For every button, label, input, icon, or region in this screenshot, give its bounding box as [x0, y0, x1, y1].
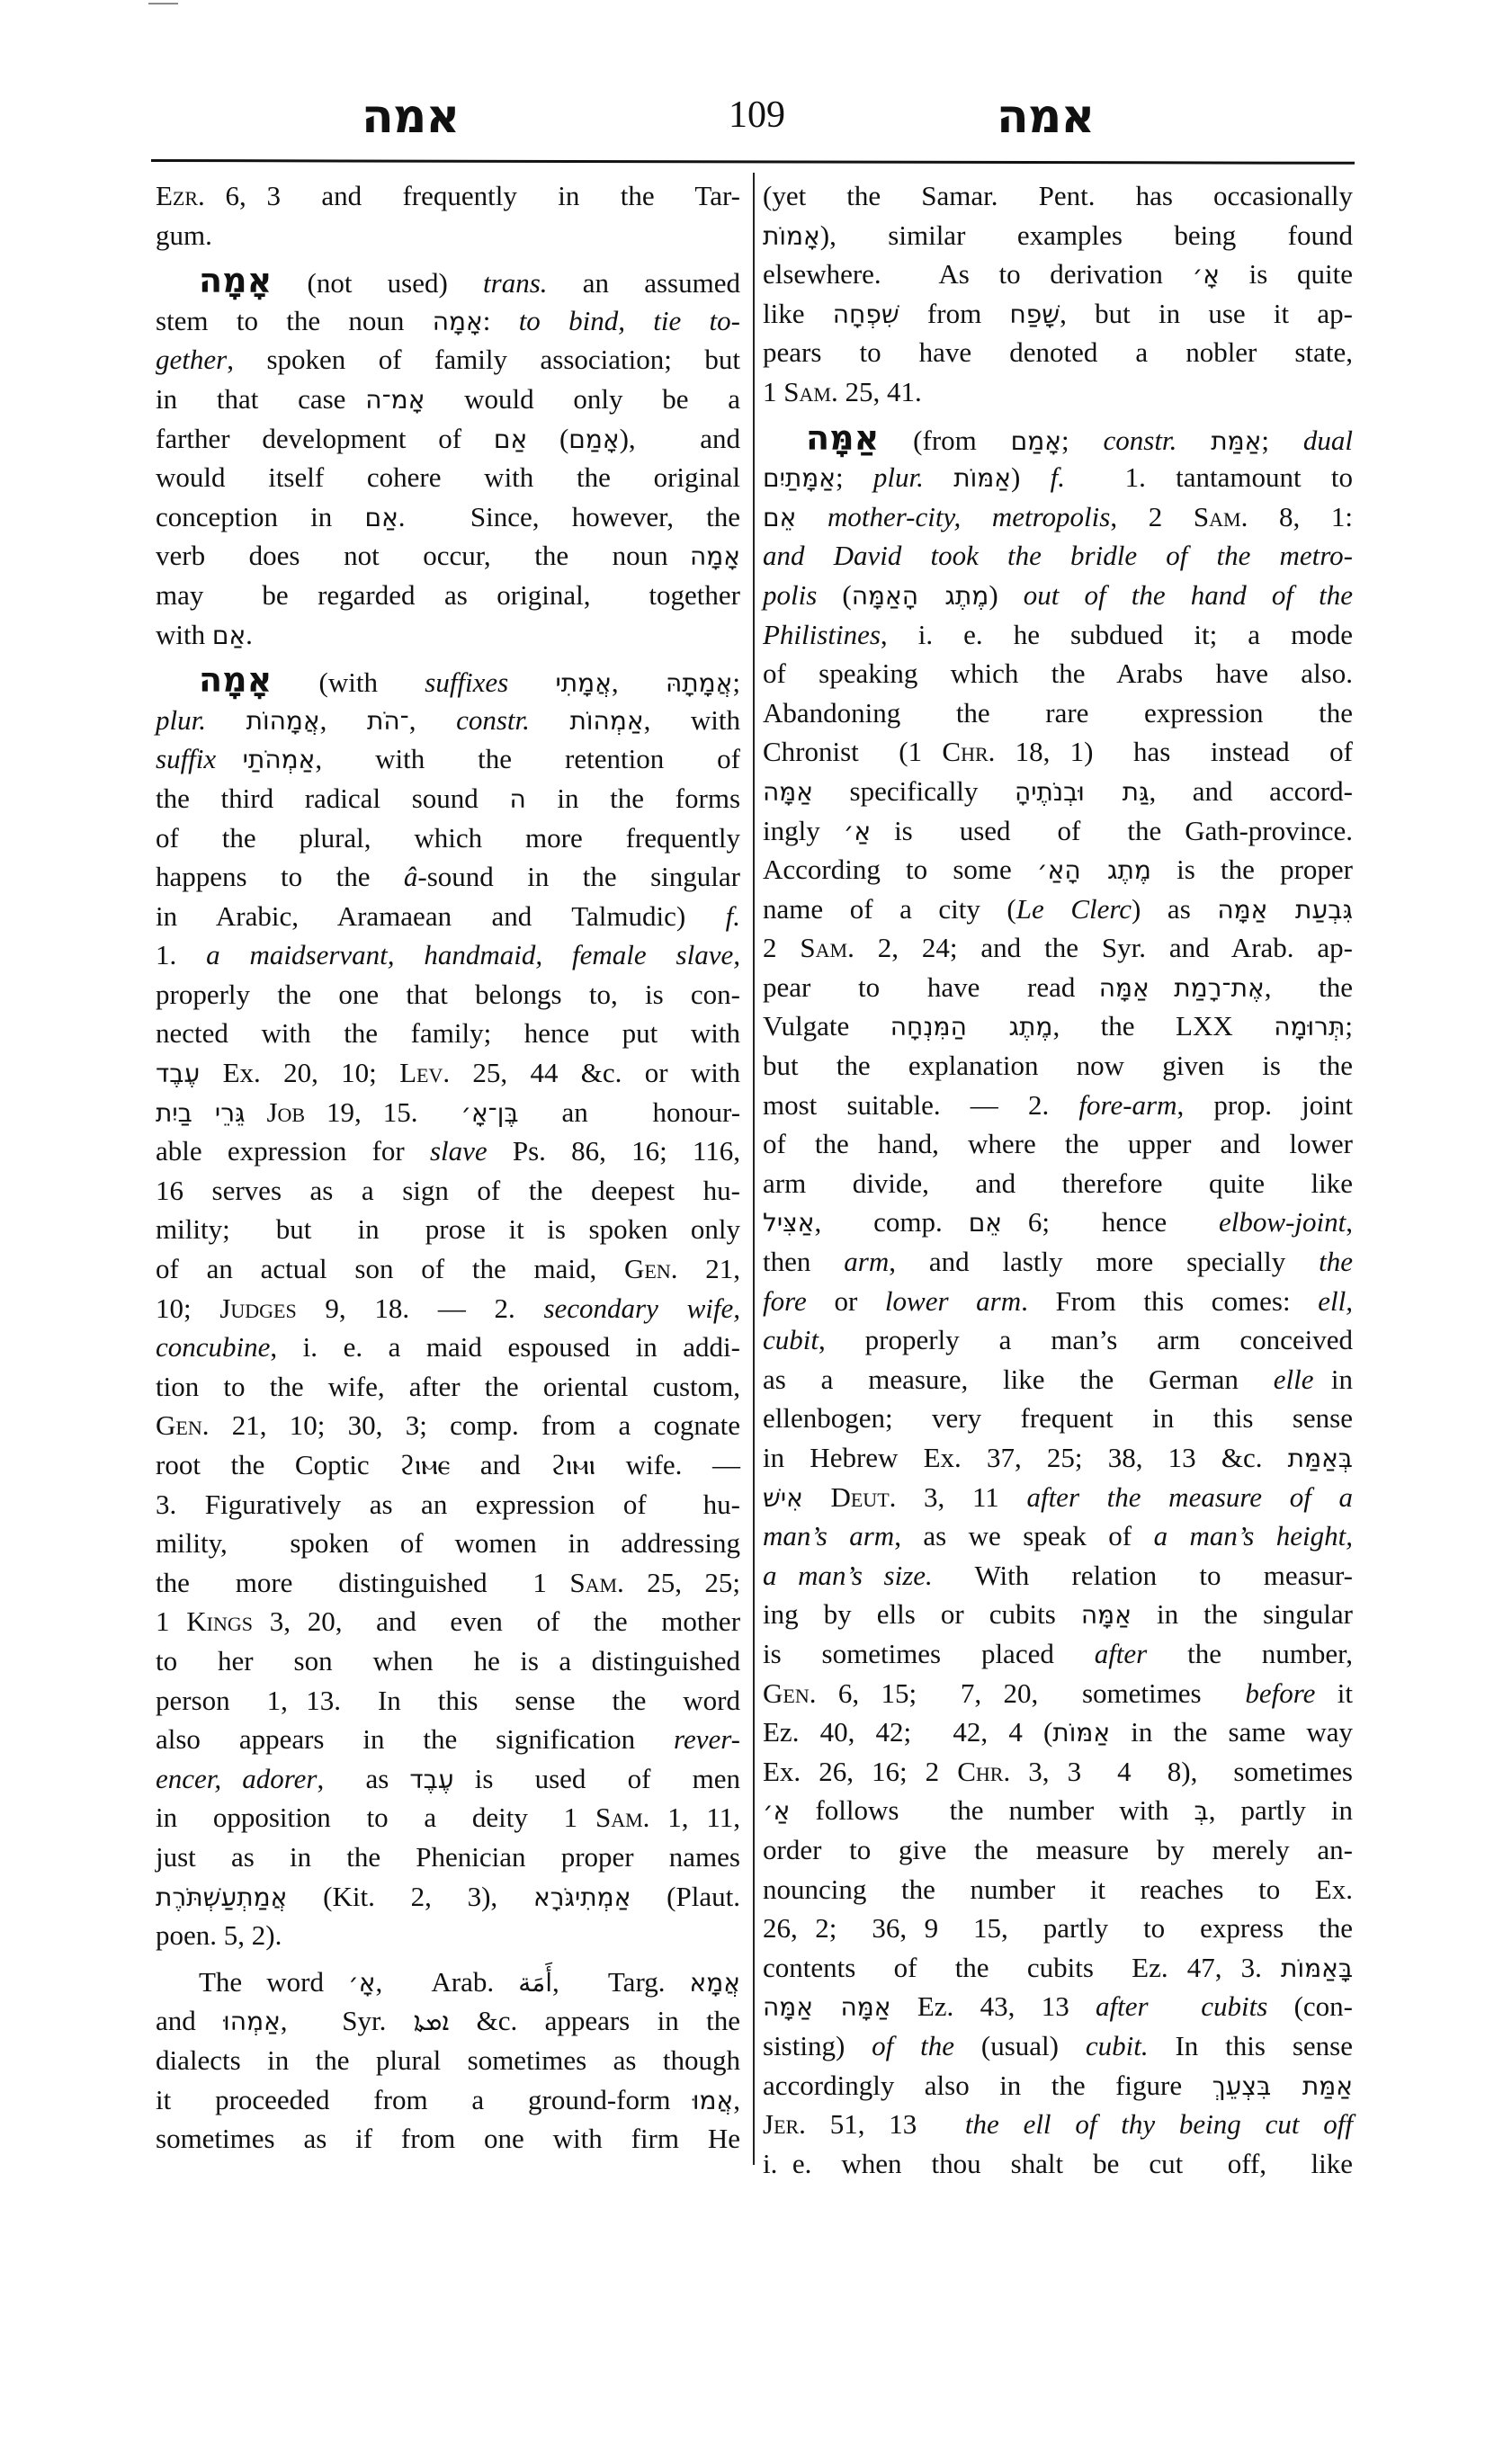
text-run: , partly in: [1209, 1794, 1353, 1826]
text-run: Sam.: [1194, 501, 1248, 532]
text-run: follows the number with: [790, 1794, 1194, 1826]
hebrew-term: אָ׳: [348, 1968, 375, 1998]
text-line: ellenbogen; very frequent in this sense: [763, 1399, 1353, 1438]
text-run: in that case: [156, 383, 365, 415]
text-run: Vulgate: [763, 1010, 890, 1042]
hebrew-term: אַמָּה: [763, 777, 813, 807]
text-run: ;: [732, 666, 740, 698]
text-run: secondary wife,: [543, 1292, 740, 1324]
text-run: , the LXX: [1052, 1010, 1274, 1042]
text-run: is the proper: [1151, 854, 1353, 885]
text-run: , as we speak of: [894, 1520, 1153, 1551]
running-head: אמה 109 אמה: [153, 90, 1354, 153]
text-run: , but in use it ap-: [1060, 298, 1353, 329]
text-line: אֲמַתְעַשְׁתֹּרֶת (Kit. 2, 3), אַמְתִיגֹ…: [156, 1877, 740, 1917]
text-run: 3, 11: [896, 1481, 1026, 1513]
text-run: before: [1245, 1677, 1315, 1709]
text-run: Ps. 86, 16; 116,: [488, 1135, 740, 1167]
text-run: nouncing the number it reaches to Ex.: [763, 1873, 1353, 1905]
text-run: , Targ.: [552, 1966, 690, 1998]
text-line: Ex. 26, 16; 2 Chr. 3, 3 4 8), sometimes: [763, 1752, 1353, 1792]
page-number: 109: [729, 94, 785, 137]
text-run: Deut.: [830, 1481, 896, 1513]
text-line: name of a city (Le Clerc) as גִּבְעַת אַ…: [763, 890, 1353, 929]
text-run: sometimes as if from one with firm He: [156, 2123, 740, 2154]
hebrew-term: אִישׁ: [763, 1483, 803, 1513]
text-line: i. e. when thou shalt be cut off, like: [763, 2144, 1353, 2184]
text-run: ellenbogen; very frequent in this sense: [763, 1402, 1353, 1434]
text-run: Ezr.: [156, 180, 205, 211]
text-run: happens to the: [156, 861, 404, 892]
text-run: dual: [1303, 425, 1353, 456]
hebrew-term: אָ׳: [1193, 260, 1220, 290]
text-run: then: [763, 1246, 844, 1277]
text-run: [206, 704, 246, 736]
text-run: ;: [836, 461, 873, 493]
text-run: [508, 666, 555, 698]
text-run: just as in the Phenician proper names: [156, 1841, 740, 1873]
text-line: to her son when he is a distinguished: [156, 1641, 740, 1681]
text-run: (yet the Samar. Pent. has occasionally: [763, 180, 1353, 211]
text-line: mility; but in prose it is spoken only: [156, 1210, 740, 1249]
hebrew-term: אָמָה: [433, 307, 483, 336]
text-run: in: [1313, 1364, 1353, 1395]
hebrew-term: אֶת־רָמַת אַמָּה: [1099, 973, 1265, 1003]
text-run: and: [156, 2005, 223, 2036]
text-line: Abandoning the rare expression the: [763, 693, 1353, 733]
text-line: root the Coptic ϩⲓⲙⲉ and ϩⲓⲙⲓ wife. —: [156, 1445, 740, 1485]
hebrew-term: אַמַּת בִּצְעֵךְ: [1212, 2071, 1353, 2101]
text-run: 2: [763, 932, 800, 963]
text-run: (: [817, 579, 851, 611]
hebrew-term: אַמְהוּ: [223, 2007, 281, 2036]
text-run: nected with the family; hence put with: [156, 1017, 740, 1049]
text-run: Sam.: [569, 1567, 623, 1598]
text-line: Ezr. 6, 3 and frequently in the Tar-: [156, 176, 740, 216]
text-run: ,: [733, 2084, 740, 2115]
text-run: from: [899, 298, 1010, 329]
text-line: אֵם mother-city, metropolis, 2 Sam. 8, 1…: [763, 497, 1353, 537]
text-run: Sam.: [783, 376, 837, 407]
text-run: 51, 13: [806, 2108, 965, 2140]
text-line: אָמָה (with suffixes אֲמָתִי, אֲמָתָהּ;: [156, 661, 740, 701]
text-run: mility, spoken of women in addressing: [156, 1527, 740, 1559]
text-line: גֵּרֵי בַיִת Job 19, 15. בֶּן־אָ׳ an hon…: [156, 1093, 740, 1132]
text-run: of speaking which the Arabs have also.: [763, 657, 1353, 689]
text-run: after cubits: [1096, 1990, 1267, 2022]
text-run: ;: [1061, 425, 1104, 456]
hebrew-term: גִּבְעַת אַמָּה: [1217, 895, 1353, 925]
text-run: man’s arm: [763, 1520, 894, 1551]
text-run: verb does not occur, the noun: [156, 540, 690, 571]
text-line: a man’s size. With relation to measur-: [763, 1556, 1353, 1596]
text-run: â: [404, 861, 418, 892]
text-run: ingly: [763, 815, 844, 846]
text-run: ,: [409, 704, 456, 736]
text-run: f.: [726, 900, 740, 932]
text-line: אַ׳ follows the number with בְּ, partly …: [763, 1791, 1353, 1830]
text-run: fore: [763, 1285, 807, 1317]
text-run: Gen.: [156, 1409, 209, 1441]
text-line: able expression for slave Ps. 86, 16; 11…: [156, 1131, 740, 1171]
text-run: 6, 3 and frequently in the Tar-: [205, 180, 740, 211]
text-line: The word אָ׳, Arab. أَمَة, Targ. אֲמָא: [156, 1963, 740, 2002]
text-line: אַמָּתַיִם; plur. אַמּוֹת) f. 1. tantamo…: [763, 458, 1353, 497]
text-run: elbow-joint: [1219, 1206, 1346, 1238]
text-run: ell,: [1318, 1285, 1353, 1317]
text-run: of the hand, where the upper and lower: [763, 1128, 1353, 1159]
running-head-right-word: אמה: [997, 90, 1094, 144]
text-run: The word: [199, 1966, 348, 1998]
text-line: encer, adorer, as עֶבֶד is used of men: [156, 1759, 740, 1799]
text-line: 2 Sam. 2, 24; and the Syr. and Arab. ap-: [763, 928, 1353, 968]
text-run: slave: [430, 1135, 488, 1167]
text-line: nouncing the number it reaches to Ex.: [763, 1870, 1353, 1909]
text-line: Gen. 21, 10; 30, 3; comp. from a cognate: [156, 1406, 740, 1445]
text-run: Le Clerc: [1016, 893, 1132, 925]
text-run: , and lastly more specially: [889, 1246, 1319, 1277]
text-run: sisting): [763, 2030, 872, 2061]
text-run: (not used): [272, 267, 483, 299]
text-run: most suitable. — 2.: [763, 1089, 1078, 1121]
text-run: (from: [879, 425, 1010, 456]
text-line: 1 Sam. 25, 41.: [763, 372, 1353, 412]
text-run: Abandoning the rare expression the: [763, 697, 1353, 729]
hebrew-term: עֶבֶד: [409, 1765, 453, 1794]
text-line: tion to the wife, after the oriental cus…: [156, 1367, 740, 1407]
text-line: According to some מֶתֶג הָאַ׳ is the pro…: [763, 850, 1353, 890]
text-run: elle: [1274, 1364, 1314, 1395]
hebrew-term: ה: [509, 784, 525, 814]
hebrew-term: אַצִּיל: [763, 1208, 815, 1238]
running-head-left-word: אמה: [362, 90, 459, 144]
text-run: Judges: [219, 1292, 296, 1324]
text-line: in Arabic, Aramaean and Talmudic) f.: [156, 897, 740, 936]
text-run: suffixes: [425, 666, 508, 698]
text-line: man’s arm, as we speak of a man’s height…: [763, 1516, 1353, 1556]
hebrew-term: אָמָה: [199, 261, 272, 300]
text-run: 1. tantamount to: [1065, 461, 1353, 493]
text-run: the: [1319, 1246, 1353, 1277]
text-run: , comp.: [815, 1206, 969, 1238]
hebrew-term: אֵם: [763, 503, 796, 532]
text-run: , with the retention of: [315, 743, 740, 774]
hebrew-term: אַמְתִיגֹּרָא: [533, 1882, 631, 1912]
text-run: ): [1011, 461, 1051, 493]
hebrew-term: בֶּן־אָ׳: [461, 1098, 518, 1128]
hebrew-term: תְּרוּמָה: [1274, 1012, 1345, 1042]
hebrew-term: אַ׳: [844, 817, 871, 846]
hebrew-term: גַּת וּבְנֹתֶיהָ: [1015, 777, 1150, 807]
text-run: Lev.: [399, 1057, 450, 1088]
text-run: . Since, however, the: [398, 501, 740, 532]
hebrew-term: אַם: [494, 425, 527, 454]
text-run: an honour-: [519, 1096, 740, 1128]
text-run: Chr.: [957, 1756, 1010, 1787]
text-line: 1. a maidservant, handmaid, female slave…: [156, 935, 740, 975]
text-line: polis (מֶתֶג הָאַמָּה) out of the hand o…: [763, 576, 1353, 615]
text-run: mother-city, metropolis: [828, 501, 1110, 532]
text-run: Sam.: [800, 932, 854, 963]
text-run: (Plaut.: [631, 1881, 740, 1912]
hebrew-term: אָמוֹת: [763, 221, 820, 251]
left-column: Ezr. 6, 3 and frequently in the Tar-gum.…: [156, 176, 740, 2159]
hebrew-term: אַמּוֹת: [953, 463, 1011, 493]
hebrew-term: ܐܡܬܐ: [414, 2007, 449, 2036]
paragraph-gap: [156, 1955, 740, 1963]
text-run: , 2: [1110, 501, 1194, 532]
text-run: to bind, tie to-: [519, 305, 740, 336]
text-run: to her son when he is a distinguished: [156, 1645, 740, 1677]
text-run: 26, 2; 36, 9 15, partly to express the: [763, 1912, 1353, 1944]
text-run: may be regarded as original, together: [156, 579, 740, 611]
text-line: the third radical sound ה in the forms: [156, 779, 740, 818]
text-run: in Hebrew Ex. 37, 25; 38, 13 &c.: [763, 1442, 1288, 1473]
hebrew-term: בָּאַמּוֹת: [1281, 1954, 1353, 1983]
text-run: [530, 704, 570, 736]
text-run: with: [156, 619, 212, 650]
text-run: lower arm: [885, 1285, 1021, 1317]
text-run: conception in: [156, 501, 364, 532]
text-run: 21,: [677, 1253, 740, 1284]
text-run: the ell of thy being cut off: [965, 2108, 1353, 2140]
text-run: Kings: [186, 1605, 253, 1637]
text-line: sisting) of the (usual) cubit. In this s…: [763, 2026, 1353, 2066]
hebrew-term: אַמְהוֹת: [570, 706, 644, 736]
text-line: conception in אַם. Since, however, the: [156, 497, 740, 537]
text-line: stem to the noun אָמָה: to bind, tie to-: [156, 301, 740, 341]
hebrew-term: אַמָּה: [806, 418, 879, 458]
text-line: order to give the measure by merely an-: [763, 1830, 1353, 1870]
text-line: in that case אָמ־ה would only be a: [156, 380, 740, 419]
text-run: :: [483, 305, 519, 336]
text-line: of an actual son of the maid, Gen. 21,: [156, 1249, 740, 1289]
text-run: [796, 501, 828, 532]
text-line: person 1, 13. In this sense the word: [156, 1681, 740, 1721]
right-column: (yet the Samar. Pent. has occasionallyאָ…: [763, 176, 1353, 2183]
text-run: gether: [156, 344, 227, 375]
hebrew-term: בְּאַמַּת: [1288, 1444, 1353, 1473]
text-run: 25, 44 &c. or with: [450, 1057, 740, 1088]
text-line: elsewhere. As to derivation אָ׳ is quite: [763, 255, 1353, 294]
text-run: is sometimes placed: [763, 1638, 1095, 1669]
hebrew-term: אַם: [212, 621, 246, 650]
text-run: the third radical sound: [156, 782, 509, 814]
text-run: ): [989, 579, 1023, 611]
text-run: like: [763, 298, 833, 329]
hebrew-term: אֵם: [969, 1208, 1002, 1238]
text-run: name of a city (: [763, 893, 1016, 925]
text-run: [1176, 425, 1211, 456]
hebrew-term: אָמַם: [1011, 426, 1061, 456]
text-line: also appears in the signification rever-: [156, 1720, 740, 1759]
text-run: 10;: [156, 1292, 219, 1324]
text-run: 16 serves as a sign of the deepest hu-: [156, 1175, 740, 1206]
text-run: Ex. 20, 10;: [200, 1057, 399, 1088]
text-line: Philistines, i. e. he subdued it; a mode: [763, 615, 1353, 655]
text-run: i. e. when thou shalt be cut off, like: [763, 2148, 1353, 2179]
text-run: Ez. 40, 42; 42, 4 (: [763, 1716, 1052, 1748]
hebrew-term: אֲמָתָהּ: [666, 668, 732, 698]
text-run: [924, 461, 953, 493]
text-run: farther development of: [156, 423, 494, 454]
text-line: 10; Judges 9, 18. — 2. secondary wife,: [156, 1289, 740, 1328]
text-run: able expression for: [156, 1135, 430, 1167]
text-line: gether, spoken of family association; bu…: [156, 340, 740, 380]
text-run: &c. appears in the: [449, 2005, 740, 2036]
text-line: farther development of אַם (אָמַם), and: [156, 419, 740, 459]
text-line: happens to the â-sound in the singular: [156, 857, 740, 897]
text-run: 25, 25;: [624, 1567, 740, 1598]
text-line: with אַם.: [156, 615, 740, 655]
text-run: , prop. joint: [1176, 1089, 1353, 1121]
text-run: accordingly also in the figure: [763, 2070, 1212, 2101]
text-run: 6, 15; 7, 20, sometimes: [816, 1677, 1245, 1709]
text-run: According to some: [763, 854, 1037, 885]
text-run: is used of men: [454, 1763, 740, 1794]
text-line: 3. Figuratively as an expression of hu-: [156, 1485, 740, 1525]
text-run: Sam.: [595, 1802, 649, 1833]
text-run: 25, 41.: [838, 376, 922, 407]
text-run: in the same way: [1110, 1716, 1353, 1748]
text-run: Gen.: [624, 1253, 677, 1284]
text-run: elsewhere. As to derivation: [763, 258, 1193, 290]
text-line: arm divide, and therefore quite like: [763, 1164, 1353, 1203]
text-run: (: [527, 423, 568, 454]
text-line: Vulgate מֶתֶג הַמִּנְחָה, the LXX תְּרוּ…: [763, 1006, 1353, 1046]
text-run: pear to have read: [763, 971, 1099, 1003]
text-line: pear to have read אֶת־רָמַת אַמָּה, the: [763, 968, 1353, 1007]
text-run: , Syr.: [281, 2005, 414, 2036]
text-run: 8, 1:: [1248, 501, 1353, 532]
hebrew-term: בְּ: [1194, 1796, 1209, 1826]
text-run: an assumed: [548, 267, 740, 299]
header-rule: [151, 159, 1355, 165]
text-run: out of the hand of the: [1024, 579, 1353, 611]
text-line: and David took the bridle of the metro-: [763, 536, 1353, 576]
text-run: 18, 1) has instead of: [995, 736, 1353, 767]
hebrew-term: מֶתֶג הַמִּנְחָה: [890, 1012, 1053, 1042]
text-run: , as: [318, 1763, 410, 1794]
text-run: poen. 5, 2).: [156, 1919, 282, 1951]
hebrew-term: ־הֹת: [367, 706, 409, 736]
text-run: root the Coptic ϩⲓⲙⲉ and ϩⲓⲙⲓ wife. —: [156, 1449, 740, 1480]
text-run: Ez. 43, 13: [891, 1990, 1096, 2022]
text-line: then arm, and lastly more specially the: [763, 1242, 1353, 1282]
text-line: (yet the Samar. Pent. has occasionally: [763, 176, 1353, 216]
hebrew-term: אֲמָהוֹת: [246, 706, 320, 736]
text-line: 1 Kings 3, 20, and even of the mother: [156, 1602, 740, 1641]
text-run: trans.: [483, 267, 548, 299]
text-run: is used of the Gath-province.: [871, 815, 1353, 846]
text-line: pears to have denoted a nobler state,: [763, 333, 1353, 372]
text-line: in opposition to a deity 1 Sam. 1, 11,: [156, 1798, 740, 1837]
text-line: fore or lower arm. From this comes: ell,: [763, 1282, 1353, 1321]
text-run: of an actual son of the maid,: [156, 1253, 624, 1284]
text-run: 3, 20, and even of the mother: [253, 1605, 740, 1637]
hebrew-term: אַם: [364, 503, 398, 532]
text-line: 16 serves as a sign of the deepest hu-: [156, 1171, 740, 1211]
hebrew-term: שָׁפַח: [1009, 300, 1060, 329]
text-run: 6; hence: [1002, 1206, 1219, 1238]
text-line: of the hand, where the upper and lower: [763, 1124, 1353, 1164]
text-run: .: [246, 619, 253, 650]
text-run: , and accord-: [1150, 775, 1353, 807]
text-run: (Kit. 2, 3),: [287, 1881, 533, 1912]
text-run: Philistines: [763, 619, 881, 650]
text-run: plur.: [873, 461, 924, 493]
text-run: specifically: [813, 775, 1015, 807]
text-run: gum.: [156, 219, 212, 251]
text-line: plur. אֲמָהוֹת, ־הֹת, constr. אַמְהוֹת, …: [156, 701, 740, 740]
text-run: is quite: [1220, 258, 1353, 290]
text-run: , with: [644, 704, 740, 736]
text-run: cubit.: [1086, 2030, 1149, 2061]
text-run: a man’s size.: [763, 1560, 933, 1591]
text-line: אַצִּיל, comp. אֵם 6; hence elbow-joint,: [763, 1203, 1353, 1242]
text-run: contents of the cubits Ez. 47, 3.: [763, 1952, 1281, 1983]
text-line: אַמָּה (from אָמַם; constr. אַמַּת; dual: [763, 419, 1353, 459]
text-run: 1: [763, 376, 783, 407]
text-run: a maidservant, handmaid, female slave,: [206, 939, 740, 970]
text-line: of speaking which the Arabs have also.: [763, 654, 1353, 693]
text-run: ,: [320, 704, 367, 736]
hebrew-term: אַמַּת: [1211, 426, 1261, 456]
text-line: concubine, i. e. a maid espoused in addi…: [156, 1328, 740, 1367]
text-run: in Arabic, Aramaean and Talmudic): [156, 900, 726, 932]
text-run: f.: [1051, 461, 1065, 493]
text-run: ) as: [1132, 893, 1217, 925]
text-run: 1, 11,: [649, 1802, 740, 1833]
hebrew-term: מֶתֶג הָאַ׳: [1037, 855, 1151, 885]
text-line: just as in the Phenician proper names: [156, 1837, 740, 1877]
text-line: accordingly also in the figure אַמַּת בִ…: [763, 2066, 1353, 2106]
text-run: [803, 1481, 831, 1513]
text-run: Job: [266, 1096, 305, 1128]
hebrew-term: אַמָּה אַמָּה: [763, 1992, 891, 2022]
text-run: -sound in the singular: [417, 861, 740, 892]
text-line: אַמָּה אַמָּה Ez. 43, 13 after cubits (c…: [763, 1987, 1353, 2026]
text-line: dialects in the plural sometimes as thou…: [156, 2041, 740, 2080]
text-run: 3. Figuratively as an expression of hu-: [156, 1489, 740, 1520]
text-line: cubit, properly a man’s arm conceived: [763, 1320, 1353, 1360]
text-line: properly the one that belongs to, is con…: [156, 975, 740, 1015]
text-run: properly the one that belongs to, is con…: [156, 979, 740, 1010]
text-line: like שִׁפְחָה from שָׁפַח, but in use it…: [763, 294, 1353, 334]
hebrew-term: אֲמָא: [690, 1968, 740, 1998]
text-run: 2, 24; and the Syr. and Arab. ap-: [854, 932, 1353, 963]
text-run: , Arab.: [375, 1966, 518, 1998]
text-run: (with: [272, 666, 425, 698]
text-line: of the plural, which more frequently: [156, 818, 740, 858]
text-run: order to give the measure by merely an-: [763, 1834, 1353, 1865]
text-run: as a measure, like the German: [763, 1364, 1274, 1395]
scan-artifact-mark: [148, 3, 178, 4]
text-line: עֶבֶד Ex. 20, 10; Lev. 25, 44 &c. or wit…: [156, 1053, 740, 1093]
text-run: after: [1095, 1638, 1148, 1669]
text-line: Gen. 6, 15; 7, 20, sometimes before it: [763, 1674, 1353, 1713]
text-line: gum.: [156, 216, 740, 255]
text-run: the more distinguished 1: [156, 1567, 569, 1598]
text-line: sometimes as if from one with firm He: [156, 2119, 740, 2159]
text-run: rever-: [674, 1723, 740, 1755]
text-run: With relation to measur-: [933, 1560, 1353, 1591]
text-line: may be regarded as original, together: [156, 576, 740, 615]
text-line: nected with the family; hence put with: [156, 1014, 740, 1053]
text-run: dialects in the plural sometimes as thou…: [156, 2044, 740, 2076]
text-run: (con-: [1267, 1990, 1353, 2022]
text-line: as a measure, like the German elle in: [763, 1360, 1353, 1399]
